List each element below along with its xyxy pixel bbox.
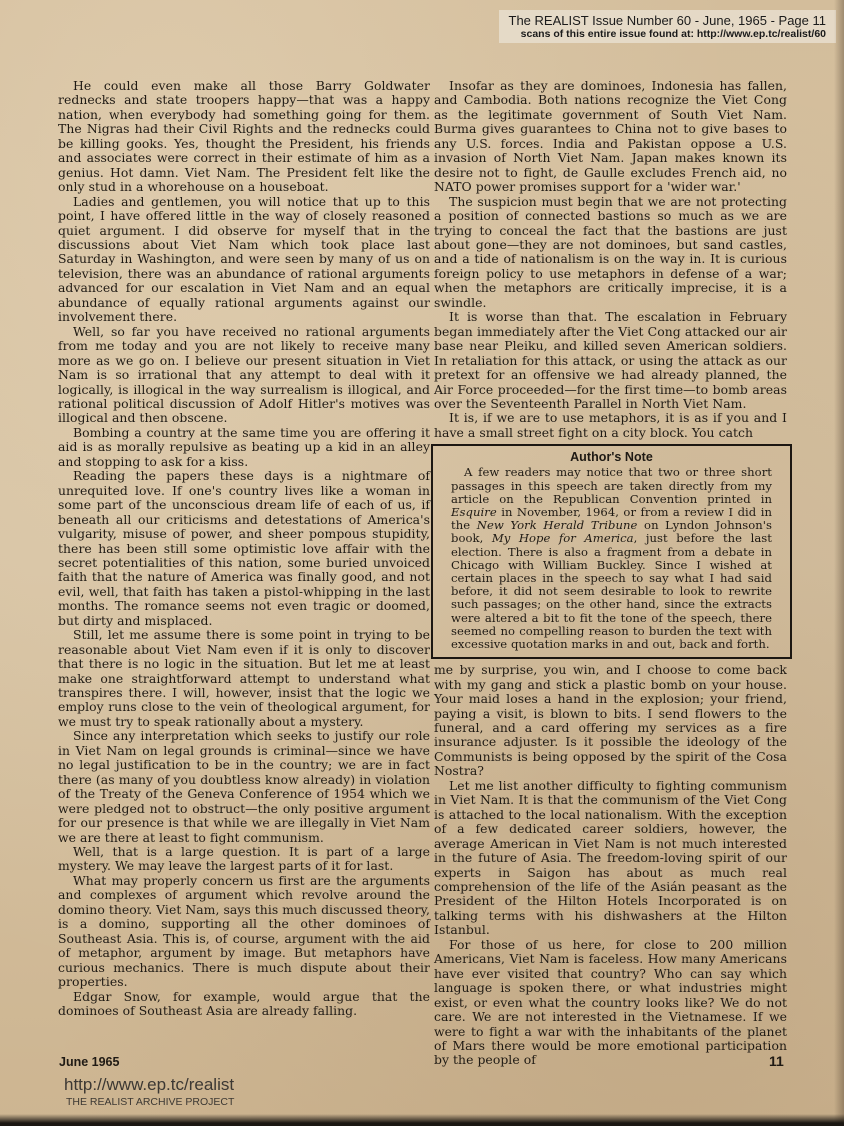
paragraph: Edgar Snow, for example, would argue tha… bbox=[58, 990, 430, 1019]
book-title: My Hope for America bbox=[492, 531, 634, 545]
right-column: Insofar as they are dominoes, Indonesia … bbox=[434, 79, 787, 1068]
page-number: 11 bbox=[769, 1053, 784, 1069]
footer-date: June 1965 bbox=[59, 1055, 119, 1069]
paragraph: It is worse than that. The escalation in… bbox=[434, 310, 787, 411]
archive-url-link[interactable]: http://www.ep.tc/realist bbox=[64, 1076, 234, 1094]
paragraph: The suspicion must begin that we are not… bbox=[434, 195, 787, 311]
archive-header-subtitle: scans of this entire issue found at: htt… bbox=[509, 28, 826, 40]
author-note-box: Author's Note A few readers may notice t… bbox=[431, 444, 792, 659]
left-column: He could even make all those Barry Goldw… bbox=[58, 79, 430, 1018]
page-edge-shadow bbox=[834, 0, 844, 1126]
note-text-segment: , just before the last election. There i… bbox=[451, 531, 772, 651]
paragraph: It is, if we are to use metaphors, it is… bbox=[434, 411, 787, 440]
paragraph: Ladies and gentlemen, you will notice th… bbox=[58, 195, 430, 325]
paragraph: Insofar as they are dominoes, Indonesia … bbox=[434, 79, 787, 195]
archive-header-title: The REALIST Issue Number 60 - June, 1965… bbox=[509, 13, 826, 28]
paragraph: Well, so far you have received no ration… bbox=[58, 325, 430, 426]
paragraph: What may properly concern us first are t… bbox=[58, 874, 430, 990]
author-note-text: A few readers may notice that two or thr… bbox=[451, 466, 772, 651]
paragraph: me by surprise, you win, and I choose to… bbox=[434, 663, 787, 779]
archive-project-label: THE REALIST ARCHIVE PROJECT bbox=[66, 1096, 234, 1108]
paragraph: Since any interpretation which seeks to … bbox=[58, 729, 430, 845]
paragraph: Well, that is a large question. It is pa… bbox=[58, 845, 430, 874]
publication-title: Esquire bbox=[451, 505, 497, 519]
archive-header: The REALIST Issue Number 60 - June, 1965… bbox=[499, 10, 836, 43]
publication-title: New York Herald Tribune bbox=[477, 518, 638, 532]
paragraph: Let me list another difficulty to fighti… bbox=[434, 779, 787, 938]
note-text-segment: A few readers may notice that two or thr… bbox=[451, 465, 772, 505]
paragraph: Bombing a country at the same time you a… bbox=[58, 426, 430, 469]
author-note-title: Author's Note bbox=[451, 449, 772, 465]
scan-bottom-edge bbox=[0, 1114, 844, 1126]
magazine-page: The REALIST Issue Number 60 - June, 1965… bbox=[0, 0, 844, 1126]
paragraph: For those of us here, for close to 200 m… bbox=[434, 938, 787, 1068]
paragraph: Still, let me assume there is some point… bbox=[58, 628, 430, 729]
paragraph: Reading the papers these days is a night… bbox=[58, 469, 430, 628]
paragraph: He could even make all those Barry Goldw… bbox=[58, 79, 430, 195]
